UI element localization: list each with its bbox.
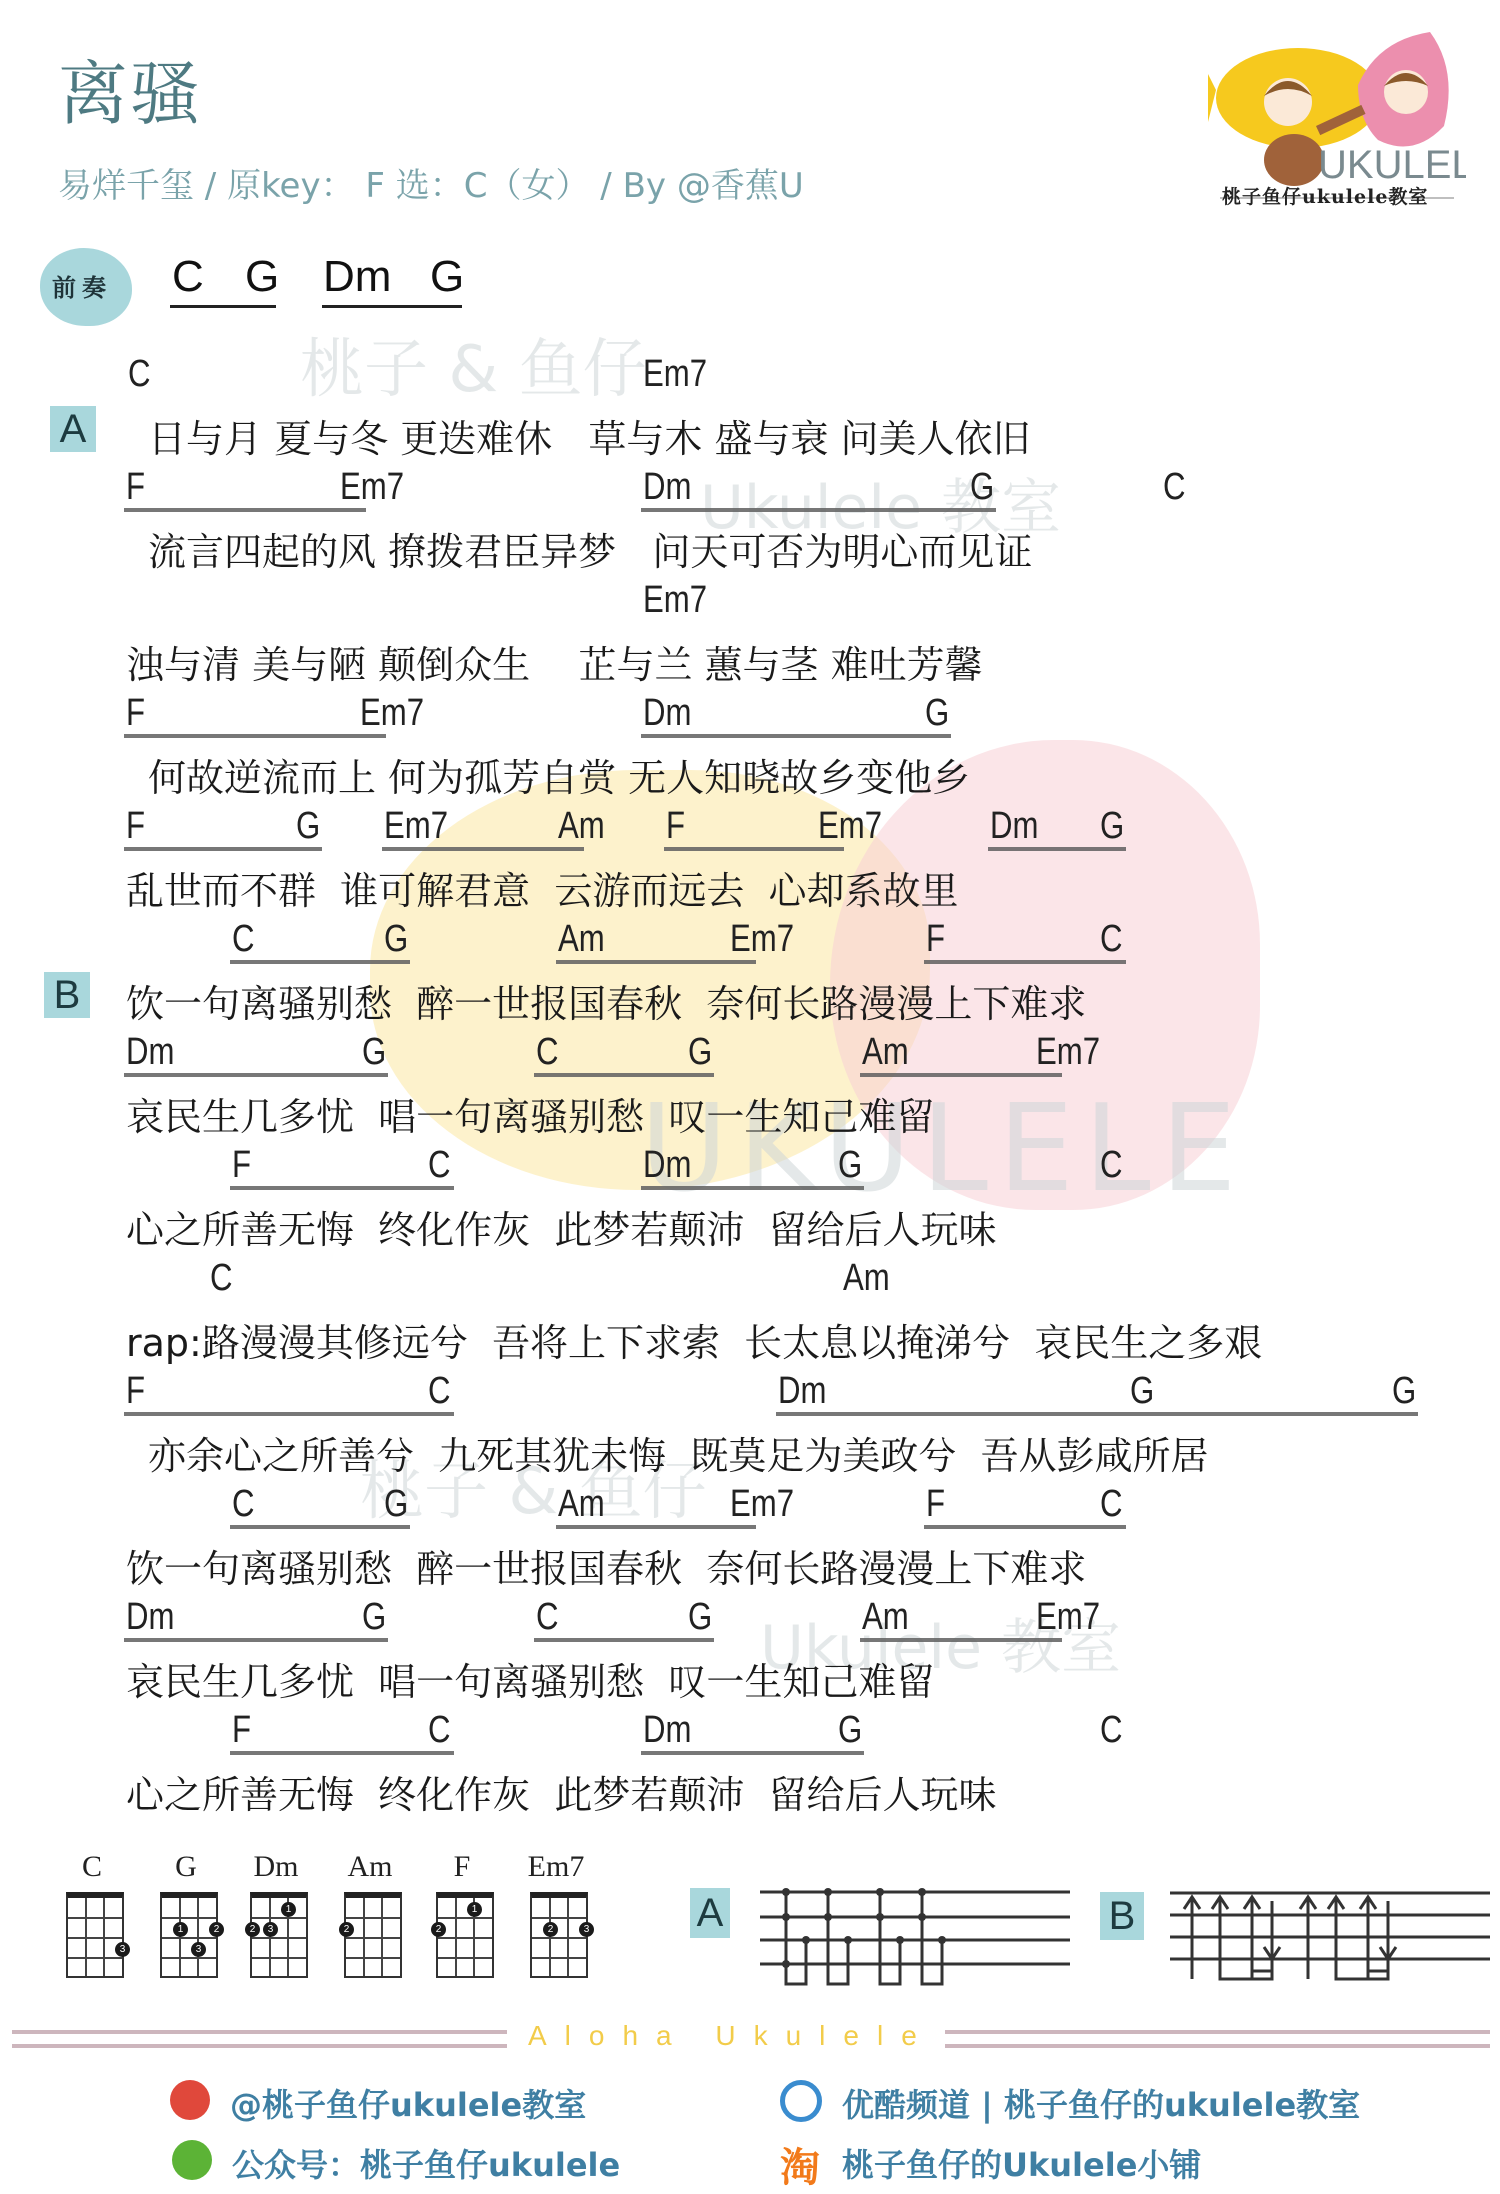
- intro-chord: C: [172, 252, 204, 302]
- chord-label: Am: [862, 1031, 909, 1074]
- chord-fretboard-icon: [66, 1892, 124, 1978]
- chord-label: F: [126, 466, 145, 509]
- fingerpick-pattern-icon: [760, 1880, 1070, 1990]
- chord-label: Am: [558, 1483, 605, 1526]
- finger-dot-icon: 3: [579, 1922, 594, 1937]
- chord-label: G: [384, 1483, 408, 1526]
- lyric-line: 哀民生几多忧 唱一句离骚别愁 叹一生知己难留: [126, 1651, 934, 1706]
- lyric-line: 浊与清 美与陋 颠倒众生 芷与兰 蕙与茎 难吐芳馨: [126, 634, 983, 689]
- chord-fretboard-icon: [344, 1892, 402, 1978]
- chord-underline: [124, 847, 322, 851]
- chord-underline: [924, 960, 1126, 964]
- lyric-line: 哀民生几多忧 唱一句离骚别愁 叹一生知己难留: [126, 1086, 934, 1141]
- chord-label: C: [1100, 1709, 1123, 1752]
- finger-dot-icon: 1: [467, 1902, 482, 1917]
- chord-label: G: [688, 1031, 712, 1074]
- lyric-line: 流言四起的风 撩拨君臣异梦 问天可否为明心而见证: [148, 521, 1032, 576]
- song-title: 离骚: [58, 38, 202, 139]
- strum-pattern-b: [1170, 1885, 1490, 1995]
- section-tag-a: A: [50, 406, 96, 452]
- chord-underline: [556, 1525, 756, 1529]
- finger-dot-icon: 2: [543, 1922, 558, 1937]
- chord-label: G: [296, 805, 320, 848]
- lyric-line: 乱世而不群 谁可解君意 云游而远去 心却系故里: [126, 860, 958, 915]
- chord-label: Dm: [643, 1709, 691, 1752]
- chord-label: Dm: [126, 1031, 174, 1074]
- chord-underline: [230, 960, 410, 964]
- chord-label: F: [666, 805, 685, 848]
- chord-fretboard-icon: [530, 1892, 588, 1978]
- social-link-weibo[interactable]: @桃子鱼仔ukulele教室: [230, 2080, 586, 2126]
- lyric-line: 心之所善无悔 终化作灰 此梦若颠沛 留给后人玩味: [126, 1764, 996, 1819]
- logo-text: UKULELE: [1318, 143, 1466, 187]
- finger-dot-icon: 3: [191, 1942, 206, 1957]
- finger-dot-icon: 2: [245, 1922, 260, 1937]
- chord-underline: [124, 1073, 388, 1077]
- chord-label: G: [384, 918, 408, 961]
- chord-label: C: [232, 918, 255, 961]
- chord-label: Em7: [730, 1483, 794, 1526]
- chord-label: Am: [843, 1257, 890, 1300]
- intro-chord: G: [245, 252, 279, 302]
- chord-label: G: [925, 692, 949, 735]
- chord-underline: [382, 847, 584, 851]
- chord-label: F: [926, 918, 945, 961]
- strum-tag-b: B: [1100, 1892, 1144, 1940]
- chord-label: Em7: [730, 918, 794, 961]
- lyric-line: 饮一句离骚别愁 醉一世报国春秋 奈何长路漫漫上下难求: [126, 1538, 1086, 1593]
- chord-label: G: [838, 1144, 862, 1187]
- intro-chord: Dm: [323, 252, 391, 302]
- chord-label: Dm: [990, 805, 1038, 848]
- chord-underline: [124, 1412, 454, 1416]
- chord-label: C: [232, 1483, 255, 1526]
- chord-fretboard-icon: [250, 1892, 308, 1978]
- chord-label: G: [362, 1596, 386, 1639]
- lyric-line: 何故逆流而上 何为孤芳自赏 无人知晓故乡变他乡: [148, 747, 970, 802]
- chord-diagram-name: Am: [330, 1850, 410, 1884]
- chord-underline: [860, 1638, 1062, 1642]
- chord-underline: [124, 1638, 388, 1642]
- chord-underline: [124, 508, 366, 512]
- finger-dot-icon: 3: [115, 1942, 130, 1957]
- chord-label: Em7: [1036, 1596, 1100, 1639]
- chord-label: Am: [558, 805, 605, 848]
- chord-underline: [534, 1638, 714, 1642]
- chord-label: G: [970, 466, 994, 509]
- chord-underline: [124, 734, 386, 738]
- chord-underline: [860, 1073, 1062, 1077]
- chord-diagram-name: F: [422, 1850, 502, 1884]
- wechat-icon: [172, 2140, 212, 2180]
- youku-icon: [780, 2080, 822, 2122]
- social-link-youku[interactable]: 优酷频道 | 桃子鱼仔的ukulele教室: [842, 2080, 1360, 2126]
- chord-label: C: [1163, 466, 1186, 509]
- chord-underline: [170, 305, 276, 308]
- chord-label: G: [688, 1596, 712, 1639]
- chord-label: C: [1100, 918, 1123, 961]
- chord-label: Am: [862, 1596, 909, 1639]
- chord-underline: [556, 960, 756, 964]
- chord-label: G: [362, 1031, 386, 1074]
- chord-underline: [664, 847, 844, 851]
- chord-label: F: [926, 1483, 945, 1526]
- finger-dot-icon: 1: [281, 1902, 296, 1917]
- brand-logo: UKULELE 桃子鱼仔ukulele教室: [1208, 30, 1466, 210]
- finger-dot-icon: 2: [431, 1922, 446, 1937]
- chord-label: Dm: [643, 466, 691, 509]
- lyric-line: 亦余心之所善兮 九死其犹未悔 既莫足为美政兮 吾从彭咸所居: [148, 1425, 1208, 1480]
- chord-label: C: [428, 1144, 451, 1187]
- chord-label: Em7: [818, 805, 882, 848]
- intro-chord: G: [430, 252, 464, 302]
- social-link-taobao[interactable]: 桃子鱼仔的Ukulele小铺: [842, 2140, 1201, 2186]
- chord-label: C: [210, 1257, 233, 1300]
- chord-underline: [230, 1186, 454, 1190]
- chord-underline: [776, 1412, 1418, 1416]
- divider: [945, 2044, 1490, 2048]
- finger-dot-icon: 2: [209, 1922, 224, 1937]
- chord-label: Am: [558, 918, 605, 961]
- chord-label: C: [1100, 1483, 1123, 1526]
- chord-label: F: [232, 1144, 251, 1187]
- chord-diagram-name: G: [146, 1850, 226, 1884]
- chord-label: C: [428, 1709, 451, 1752]
- chord-label: Em7: [384, 805, 448, 848]
- chord-underline: [988, 847, 1126, 851]
- chord-diagram-name: Em7: [516, 1850, 596, 1884]
- social-link-wechat[interactable]: 公众号：桃子鱼仔ukulele: [232, 2140, 620, 2186]
- chord-label: C: [536, 1031, 559, 1074]
- chord-label: G: [1392, 1370, 1416, 1413]
- chord-underline: [641, 734, 951, 738]
- chord-underline: [924, 1525, 1126, 1529]
- finger-dot-icon: 3: [263, 1922, 278, 1937]
- chord-label: G: [838, 1709, 862, 1752]
- lyric-line: 饮一句离骚别愁 醉一世报国春秋 奈何长路漫漫上下难求: [126, 973, 1086, 1028]
- lyric-line: 日与月 夏与冬 更迭难休 草与木 盛与衰 问美人依旧: [148, 408, 1031, 463]
- finger-dot-icon: 1: [173, 1922, 188, 1937]
- chord-label: G: [1100, 805, 1124, 848]
- lyric-line: rap:路漫漫其修远兮 吾将上下求索 长太息以掩涕兮 哀民生之多艰: [126, 1312, 1262, 1367]
- chord-label: F: [126, 805, 145, 848]
- chord-label: C: [536, 1596, 559, 1639]
- chord-underline: [230, 1751, 454, 1755]
- chord-label: C: [1100, 1144, 1123, 1187]
- chord-label: Em7: [340, 466, 404, 509]
- taobao-icon: 淘: [780, 2136, 820, 2193]
- finger-dot-icon: 2: [339, 1922, 354, 1937]
- weibo-icon: [170, 2080, 210, 2120]
- strum-tag-a: A: [690, 1888, 730, 1938]
- chord-label: Em7: [360, 692, 424, 735]
- logo-caption: 桃子鱼仔ukulele教室: [1222, 182, 1428, 209]
- chord-diagram-name: Dm: [236, 1850, 316, 1884]
- strum-pattern-icon: [1170, 1885, 1490, 1995]
- chord-label: Dm: [643, 692, 691, 735]
- chord-label: Dm: [126, 1596, 174, 1639]
- intro-label: 前奏: [52, 268, 112, 303]
- chord-label: C: [428, 1370, 451, 1413]
- strum-pattern-a: [760, 1880, 1070, 1990]
- watermark-text: 桃子 & 鱼仔: [300, 318, 647, 410]
- footer-banner: Aloha Ukulele: [528, 2020, 935, 2052]
- chord-label: Em7: [1036, 1031, 1100, 1074]
- chord-label: Em7: [643, 579, 707, 622]
- chord-label: F: [126, 1370, 145, 1413]
- section-tag-b: B: [44, 972, 90, 1018]
- chord-underline: [641, 508, 996, 512]
- chord-label: Dm: [643, 1144, 691, 1187]
- divider: [12, 2030, 507, 2034]
- chord-label: Em7: [643, 353, 707, 396]
- divider: [945, 2030, 1490, 2034]
- chord-underline: [322, 305, 462, 308]
- lyric-line: 心之所善无悔 终化作灰 此梦若颠沛 留给后人玩味: [126, 1199, 996, 1254]
- chord-label: F: [126, 692, 145, 735]
- chord-fretboard-icon: [160, 1892, 218, 1978]
- divider: [12, 2044, 507, 2048]
- chord-underline: [641, 1751, 864, 1755]
- chord-underline: [641, 1186, 864, 1190]
- chord-underline: [230, 1525, 410, 1529]
- chord-fretboard-icon: [436, 1892, 494, 1978]
- chord-diagram-name: C: [52, 1850, 132, 1884]
- song-meta: 易烊千玺 / 原key： F 选：C（女） / By @香蕉U: [58, 158, 804, 207]
- chord-label: Dm: [778, 1370, 826, 1413]
- chord-label: G: [1130, 1370, 1154, 1413]
- chord-underline: [534, 1073, 714, 1077]
- chord-label: F: [232, 1709, 251, 1752]
- chord-label: C: [128, 353, 151, 396]
